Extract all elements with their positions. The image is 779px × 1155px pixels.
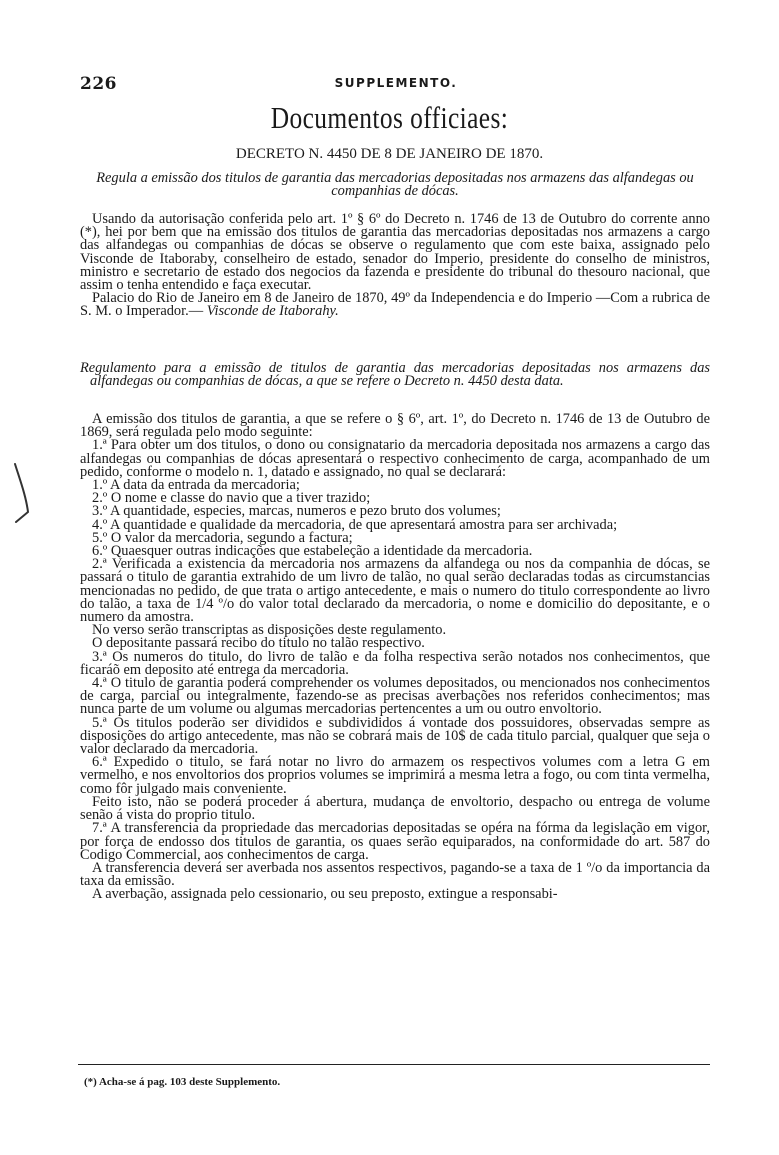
article-7-paragraph: A transferencia deverá ser averbada nos … bbox=[80, 862, 710, 888]
regulation-intro: A emissão dos titulos de garantia, a que… bbox=[80, 413, 710, 439]
decree-preamble: Usando da autorisação conferida pelo art… bbox=[80, 213, 710, 319]
signature: Visconde de Itaborahy. bbox=[207, 303, 339, 319]
decree-summary: Regula a emissão dos titulos de garantia… bbox=[80, 172, 710, 198]
regulation-title: Regulamento para a emissão de titulos de… bbox=[80, 362, 710, 388]
running-header: 226 SUPPLEMENTO. bbox=[80, 74, 712, 96]
margin-pen-mark-icon bbox=[12, 462, 34, 524]
dateline-text: Palacio do Rio de Janeiro em 8 de Janeir… bbox=[80, 290, 710, 319]
regulation-title-text: Regulamento para a emissão de titulos de… bbox=[80, 362, 710, 388]
article-4: 4.ª O titulo de garantia poderá comprehe… bbox=[80, 677, 710, 717]
preamble-paragraph: Usando da autorisação conferida pelo art… bbox=[80, 213, 710, 292]
preamble-dateline: Palacio do Rio de Janeiro em 8 de Janeir… bbox=[80, 292, 710, 318]
article-6: 6.ª Expedido o titulo, se fará notar no … bbox=[80, 756, 710, 796]
footnote-divider bbox=[78, 1064, 710, 1066]
document-page: 226 SUPPLEMENTO. Documentos officiaes: D… bbox=[0, 0, 779, 1155]
article-7-paragraph: A averbação, assignada pelo cessionario,… bbox=[80, 888, 710, 901]
summary-text: Regula a emissão dos titulos de garantia… bbox=[80, 172, 710, 198]
article-6-paragraph: Feito isto, não se poderá proceder á abe… bbox=[80, 796, 710, 822]
decree-heading: DECRETO N. 4450 DE 8 DE JANEIRO DE 1870. bbox=[0, 146, 779, 163]
article-5: 5.ª Os titulos poderão ser divididos e s… bbox=[80, 717, 710, 757]
footnote: (*) Acha-se á pag. 103 deste Supplemento… bbox=[84, 1076, 280, 1088]
section-title: Documentos officiaes: bbox=[70, 100, 709, 136]
regulation-body: A emissão dos titulos de garantia, a que… bbox=[80, 413, 710, 902]
article-2: 2.ª Verificada a existencia da mercadori… bbox=[80, 558, 710, 624]
running-head-title: SUPPLEMENTO. bbox=[80, 76, 712, 90]
article-7: 7.ª A transferencia da propriedade das m… bbox=[80, 822, 710, 862]
article-1: 1.ª Para obter um dos titulos, o dono ou… bbox=[80, 439, 710, 479]
article-3: 3.ª Os numeros do titulo, do livro de ta… bbox=[80, 651, 710, 677]
